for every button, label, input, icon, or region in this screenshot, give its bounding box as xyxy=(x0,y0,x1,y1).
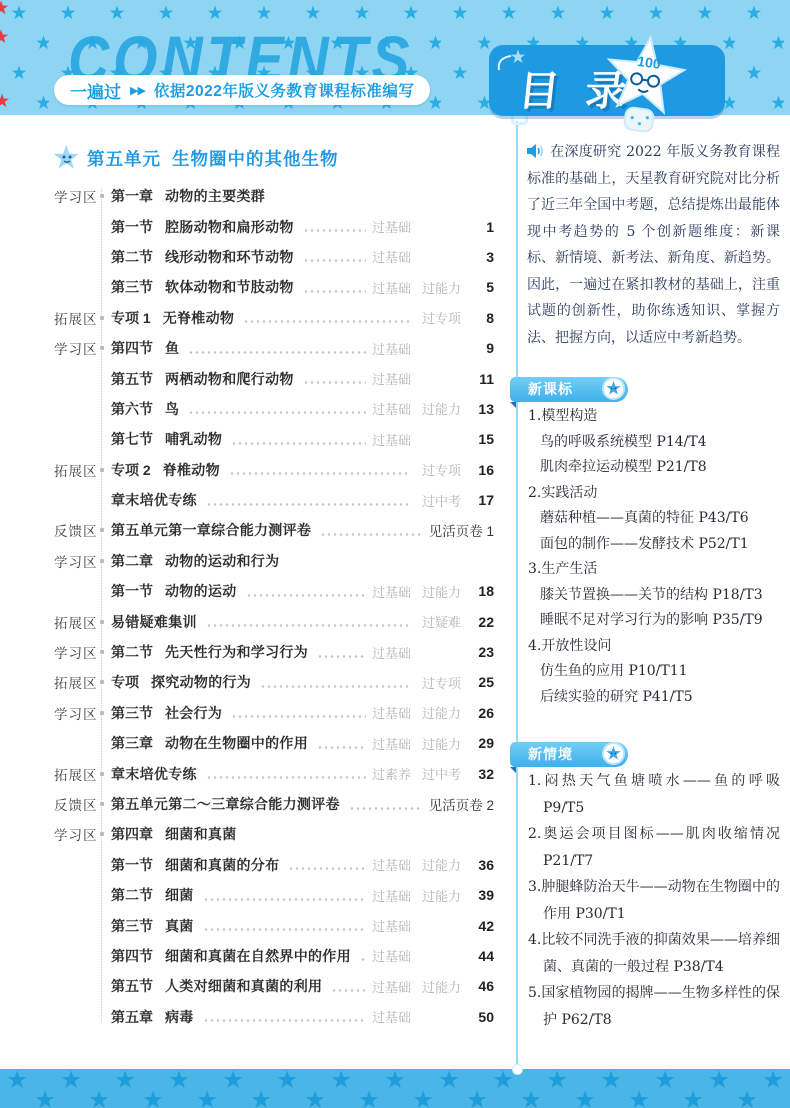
entry-title: 章末培优专练 xyxy=(111,764,197,784)
dotted-leader xyxy=(303,259,366,262)
dotted-leader xyxy=(206,503,410,506)
tag-primary: 过基础 xyxy=(372,247,416,266)
entry-number: 第二节 xyxy=(111,885,153,905)
dotted-leader xyxy=(231,442,366,445)
dotted-leader xyxy=(246,594,367,597)
entry-title: 脊椎动物 xyxy=(163,460,220,480)
dotted-leader xyxy=(188,411,366,414)
toc-row: 拓展区 专项 1 无脊椎动物 过专项 8 xyxy=(54,303,494,333)
sidebar-list-item: 面包的制作——发酵技术 P52/T1 xyxy=(528,532,780,558)
tag-primary: 过基础 xyxy=(372,369,416,388)
entry-number: 第五节 xyxy=(111,369,153,389)
sidebar-list-item: 1.模型构造 xyxy=(528,404,780,430)
toc-row: 章末培优专练 过中考 17 xyxy=(54,485,494,515)
toc-row: 拓展区 专项 探究动物的行为 过专项 25 xyxy=(54,667,494,697)
dotted-leader xyxy=(260,685,410,688)
dotted-leader xyxy=(303,381,366,384)
tag-secondary: 过能力 xyxy=(422,734,466,753)
page-header: CONTENTS 一遍过 ▶▶ 依据2022年版义务教育课程标准编写 目录 10… xyxy=(0,0,790,115)
toc-row: 第七节 哺乳动物 过基础 15 xyxy=(54,424,494,454)
entry-number: 第五节 xyxy=(111,976,153,996)
toc-row: 学习区 第四节 鱼 过基础 9 xyxy=(54,333,494,363)
entry-title: 动物的运动和行为 xyxy=(165,551,279,571)
toc-rows: 学习区 第一章 动物的主要类群 第一节 腔肠动物和扁形动物 过基础 1 第二节 … xyxy=(54,181,494,1032)
toc-row: 学习区 第三节 社会行为 过基础 过能力 26 xyxy=(54,698,494,728)
dotted-leader xyxy=(206,776,366,779)
sidebar-list-item: 3.生产生活 xyxy=(528,557,780,583)
tag-secondary: 过能力 xyxy=(422,855,466,874)
entry-number: 第三节 xyxy=(111,916,153,936)
dotted-leader xyxy=(206,624,410,627)
toc-row: 第三节 软体动物和节肢动物 过基础 过能力 5 xyxy=(54,272,494,302)
footer-star-pattern xyxy=(0,1069,790,1108)
toc-row: 拓展区 章末培优专练 过素养 过中考 32 xyxy=(54,758,494,788)
entry-title: 细菌和真菌的分布 xyxy=(165,855,279,875)
page-number: 1 xyxy=(466,219,494,235)
entry-number: 第二节 xyxy=(111,642,153,662)
tag-primary: 过基础 xyxy=(372,916,416,935)
dotted-leader xyxy=(303,290,366,293)
entry-number: 第四节 xyxy=(111,946,153,966)
ref-note: 见活页卷 2 xyxy=(429,794,494,814)
page-number: 9 xyxy=(466,340,494,356)
new-curriculum-list: 1.模型构造鸟的呼吸系统模型 P14/T4肌肉牵拉运动模型 P21/T82.实践… xyxy=(528,404,780,710)
badge-new-context: 新情境 xyxy=(510,742,628,767)
zone-label: 拓展区 xyxy=(54,308,111,328)
zone-label: 学习区 xyxy=(54,703,111,723)
standard-note: 依据2022年版义务教育课程标准编写 xyxy=(154,79,414,101)
tag-secondary: 过能力 xyxy=(422,703,466,722)
toc-row: 第六节 鸟 过基础 过能力 13 xyxy=(54,394,494,424)
entry-title: 易错疑难集训 xyxy=(111,612,197,632)
page-number: 42 xyxy=(466,918,494,934)
divider-end-dot xyxy=(512,1064,523,1075)
dotted-leader xyxy=(231,715,366,718)
entry-title: 第五单元第二～三章综合能力测评卷 xyxy=(111,794,340,814)
entry-number: 第七节 xyxy=(111,429,153,449)
vertical-divider xyxy=(516,121,518,1072)
page-number: 3 xyxy=(466,249,494,265)
tag-primary: 过基础 xyxy=(372,855,416,874)
entry-title: 无脊椎动物 xyxy=(163,308,235,328)
dotted-leader xyxy=(320,533,423,536)
dotted-leader xyxy=(317,655,366,658)
toc-row: 第五章 病毒 过基础 50 xyxy=(54,1002,494,1032)
entry-title: 细菌和真菌 xyxy=(165,824,237,844)
unit-heading: 第五单元 生物圈中的其他生物 xyxy=(54,143,339,173)
page-number: 16 xyxy=(466,462,494,478)
double-arrow-icon: ▶▶ xyxy=(130,84,145,97)
tag-secondary: 过疑难 xyxy=(422,612,466,631)
tag-primary: 过基础 xyxy=(372,430,416,449)
toc-row: 拓展区 专项 2 脊椎动物 过专项 16 xyxy=(54,455,494,485)
toc-row: 反馈区 第五单元第二～三章综合能力测评卷 见活页卷 2 xyxy=(54,789,494,819)
tag-primary: 过基础 xyxy=(372,734,416,753)
entry-title: 章末培优专练 xyxy=(111,490,197,510)
page-number: 15 xyxy=(466,431,494,447)
badge-mascot-icon xyxy=(602,742,625,765)
toc-row: 第四节 细菌和真菌在自然界中的作用 过基础 44 xyxy=(54,941,494,971)
tag-primary: 过基础 xyxy=(372,339,416,358)
tag-primary: 过基础 xyxy=(372,643,416,662)
toc-row: 学习区 第一章 动物的主要类群 xyxy=(54,181,494,211)
sidebar-list-item: 蘑菇种植——真菌的特征 P43/T6 xyxy=(528,506,780,532)
badge-new-curriculum: 新课标 xyxy=(510,377,628,402)
sidebar-intro: 在深度研究 2022 年版义务教育课程标准的基础上，天星教育研究院对比分析了近三… xyxy=(527,139,780,351)
entry-title: 社会行为 xyxy=(165,703,222,723)
badge-mascot-icon xyxy=(602,377,625,400)
page-number: 29 xyxy=(466,735,494,751)
entry-number: 第二章 xyxy=(111,551,153,571)
zone-label: 学习区 xyxy=(54,551,111,571)
speaker-icon xyxy=(527,144,544,158)
sidebar-list-item: 仿生鱼的应用 P10/T11 xyxy=(528,659,780,685)
entry-title: 真菌 xyxy=(165,916,194,936)
toc-row: 拓展区 易错疑难集训 过疑难 22 xyxy=(54,606,494,636)
entry-number: 专项 1 xyxy=(111,308,151,328)
sidebar-list-item: 膝关节置换——关节的结构 P18/T3 xyxy=(528,583,780,609)
zone-label: 拓展区 xyxy=(54,612,111,632)
tag-secondary: 过能力 xyxy=(422,278,466,297)
dotted-leader xyxy=(229,472,410,475)
entry-number: 第三节 xyxy=(111,703,153,723)
sidebar-list-item: 3.肿腿蜂防治天牛——动物在生物圈中的作用 P30/T1 xyxy=(528,874,780,927)
entry-title: 鱼 xyxy=(165,338,179,358)
entry-number: 第一节 xyxy=(111,217,153,237)
page-number: 18 xyxy=(466,583,494,599)
page-number: 13 xyxy=(466,401,494,417)
toc-row: 第五节 两栖动物和爬行动物 过基础 11 xyxy=(54,363,494,393)
badge-label: 新情境 xyxy=(528,746,573,762)
tag-primary: 过基础 xyxy=(372,1007,416,1026)
entry-title: 软体动物和节肢动物 xyxy=(165,277,294,297)
zone-label: 学习区 xyxy=(54,338,111,358)
entry-title: 腔肠动物和扁形动物 xyxy=(165,217,294,237)
entry-title: 动物的运动 xyxy=(165,581,237,601)
sidebar-list-item: 2.实践活动 xyxy=(528,481,780,507)
entry-title: 细菌 xyxy=(165,885,194,905)
toc-row: 学习区 第二节 先天性行为和学习行为 过基础 23 xyxy=(54,637,494,667)
page-number: 22 xyxy=(466,614,494,630)
sidebar-list-item: 5.国家植物园的揭牌——生物多样性的保护 P62/T8 xyxy=(528,980,780,1033)
dotted-leader xyxy=(203,928,366,931)
entry-title: 鸟 xyxy=(165,399,179,419)
dotted-leader xyxy=(331,989,366,992)
dotted-leader xyxy=(317,746,366,749)
page-number: 50 xyxy=(466,1009,494,1025)
brand-name: 一遍过 xyxy=(70,78,121,103)
unit-number: 第五单元 xyxy=(87,146,161,171)
entry-title: 细菌和真菌在自然界中的作用 xyxy=(165,946,351,966)
tag-primary: 过基础 xyxy=(372,278,416,297)
toc-row: 第一节 腔肠动物和扁形动物 过基础 1 xyxy=(54,211,494,241)
entry-title: 探究动物的行为 xyxy=(151,672,251,692)
toc-row: 第三章 动物在生物圈中的作用 过基础 过能力 29 xyxy=(54,728,494,758)
entry-number: 第三章 xyxy=(111,733,153,753)
tag-primary: 过基础 xyxy=(372,946,416,965)
page-number: 17 xyxy=(466,492,494,508)
toc-row: 学习区 第二章 动物的运动和行为 xyxy=(54,546,494,576)
sidebar-list-item: 2.奥运会项目图标——肌肉收缩情况 P21/T7 xyxy=(528,821,780,874)
entry-number: 第五章 xyxy=(111,1007,153,1027)
tag-secondary: 过中考 xyxy=(422,491,466,510)
page-number: 25 xyxy=(466,674,494,690)
tag-secondary: 过能力 xyxy=(422,582,466,601)
zone-label: 学习区 xyxy=(54,824,111,844)
page-number: 32 xyxy=(466,766,494,782)
tag-primary: 过基础 xyxy=(372,399,416,418)
dotted-leader xyxy=(349,807,423,810)
sidebar-list-item: 鸟的呼吸系统模型 P14/T4 xyxy=(528,430,780,456)
tag-secondary: 过能力 xyxy=(422,399,466,418)
entry-number: 第一章 xyxy=(111,186,153,206)
toc-row: 反馈区 第五单元第一章综合能力测评卷 见活页卷 1 xyxy=(54,515,494,545)
zone-label: 反馈区 xyxy=(54,794,111,814)
entry-title: 病毒 xyxy=(165,1007,194,1027)
entry-number: 专项 2 xyxy=(111,460,151,480)
entry-title: 哺乳动物 xyxy=(165,429,222,449)
page-number: 8 xyxy=(466,310,494,326)
page-number: 46 xyxy=(466,978,494,994)
page-number: 11 xyxy=(466,371,494,387)
tag-primary: 过基础 xyxy=(372,886,416,905)
dotted-leader xyxy=(203,898,366,901)
entry-number: 专项 xyxy=(111,672,139,692)
entry-title: 线形动物和环节动物 xyxy=(165,247,294,267)
entry-number: 第一节 xyxy=(111,581,153,601)
tag-secondary: 过能力 xyxy=(422,886,466,905)
dotted-leader xyxy=(360,958,366,961)
page-number: 23 xyxy=(466,644,494,660)
entry-title: 两栖动物和爬行动物 xyxy=(165,369,294,389)
mascot-score-badge: 100 xyxy=(636,53,662,72)
tag-secondary: 过专项 xyxy=(422,673,466,692)
entry-title: 人类对细菌和真菌的利用 xyxy=(165,976,322,996)
edition-badge: 一遍过 ▶▶ 依据2022年版义务教育课程标准编写 xyxy=(54,75,430,105)
toc-row: 第三节 真菌 过基础 42 xyxy=(54,910,494,940)
toc-row: 第二节 细菌 过基础 过能力 39 xyxy=(54,880,494,910)
dotted-leader xyxy=(288,867,366,870)
sidebar-list-item: 肌肉牵拉运动模型 P21/T8 xyxy=(528,455,780,481)
sidebar-list-item: 4.比较不同洗手液的抑菌效果——培养细菌、真菌的一般过程 P38/T4 xyxy=(528,927,780,980)
zone-label: 反馈区 xyxy=(54,520,111,540)
table-of-contents-title-box: 目录 100 xyxy=(489,45,725,116)
tag-secondary: 过专项 xyxy=(422,308,466,327)
tag-primary: 过基础 xyxy=(372,217,416,236)
page-footer xyxy=(0,1069,790,1108)
sidebar-list-item: 1.闷热天气鱼塘喷水——鱼的呼吸 P9/T5 xyxy=(528,768,780,821)
tag-primary: 过基础 xyxy=(372,977,416,996)
toc-row: 学习区 第四章 细菌和真菌 xyxy=(54,819,494,849)
unit-mascot-icon xyxy=(54,144,80,172)
tag-secondary: 过能力 xyxy=(422,977,466,996)
sidebar-intro-text: 在深度研究 2022 年版义务教育课程标准的基础上，天星教育研究院对比分析了近三… xyxy=(527,144,780,346)
zone-label: 拓展区 xyxy=(54,672,111,692)
toc-row: 第五节 人类对细菌和真菌的利用 过基础 过能力 46 xyxy=(54,971,494,1001)
zone-label: 学习区 xyxy=(54,642,111,662)
page-number: 5 xyxy=(466,279,494,295)
dotted-leader xyxy=(243,320,410,323)
ref-note: 见活页卷 1 xyxy=(429,520,494,540)
tag-primary: 过基础 xyxy=(372,582,416,601)
zone-label: 拓展区 xyxy=(54,460,111,480)
toc-row: 第一节 动物的运动 过基础 过能力 18 xyxy=(54,576,494,606)
page-number: 36 xyxy=(466,857,494,873)
sidebar-list-item: 睡眠不足对学习行为的影响 P35/T9 xyxy=(528,608,780,634)
sidebar-list-item: 4.开放性设问 xyxy=(528,634,780,660)
tag-primary: 过基础 xyxy=(372,703,416,722)
sidebar-list-item: 后续实验的研究 P41/T5 xyxy=(528,685,780,711)
toc-row: 第一节 细菌和真菌的分布 过基础 过能力 36 xyxy=(54,850,494,880)
entry-number: 第四节 xyxy=(111,338,153,358)
entry-title: 第五单元第一章综合能力测评卷 xyxy=(111,520,311,540)
entry-number: 第二节 xyxy=(111,247,153,267)
dotted-leader xyxy=(303,229,366,232)
tag-primary: 过素养 xyxy=(372,764,416,783)
page-number: 44 xyxy=(466,948,494,964)
zone-label: 学习区 xyxy=(54,186,111,206)
page-number: 26 xyxy=(466,705,494,721)
new-context-list: 1.闷热天气鱼塘喷水——鱼的呼吸 P9/T52.奥运会项目图标——肌肉收缩情况 … xyxy=(528,768,780,1033)
unit-title: 生物圈中的其他生物 xyxy=(172,146,339,171)
star-mascot-icon: 100 xyxy=(585,25,715,165)
tag-secondary: 过中考 xyxy=(422,764,466,783)
badge-label: 新课标 xyxy=(528,381,573,397)
dotted-leader xyxy=(203,1019,366,1022)
entry-number: 第六节 xyxy=(111,399,153,419)
dotted-leader xyxy=(188,351,366,354)
entry-title: 先天性行为和学习行为 xyxy=(165,642,308,662)
entry-number: 第三节 xyxy=(111,277,153,297)
entry-title: 动物在生物圈中的作用 xyxy=(165,733,308,753)
zone-label: 拓展区 xyxy=(54,764,111,784)
tag-secondary: 过专项 xyxy=(422,460,466,479)
page-number: 39 xyxy=(466,887,494,903)
entry-title: 动物的主要类群 xyxy=(165,186,265,206)
toc-row: 第二节 线形动物和环节动物 过基础 3 xyxy=(54,242,494,272)
entry-number: 第一节 xyxy=(111,855,153,875)
entry-number: 第四章 xyxy=(111,824,153,844)
